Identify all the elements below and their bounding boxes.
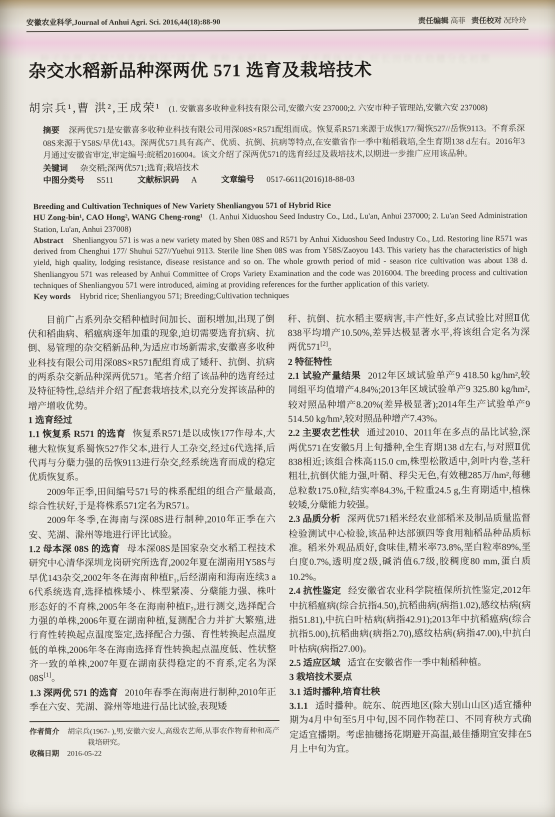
section-1-2: 1.2 母本深 08S 的选育母本深08S是国家杂交水稻工程技术研究中心清华深圳… bbox=[29, 542, 277, 687]
article-body: 目前广占系列杂交稻种植时间加长、面积增加,出现了倒伏和稻曲病、稻瘟病逐年加重的现… bbox=[28, 312, 532, 760]
author-names-en: HU Zong-bin¹, CAO Hong², WANG Cheng-rong… bbox=[33, 213, 202, 223]
document-code: A bbox=[191, 176, 197, 185]
intro-paragraph: 目前广占系列杂交稻种植时间加长、面积增加,出现了倒伏和稻曲病、稻瘟病逐年加重的现… bbox=[28, 313, 275, 414]
article-title: 杂交水稻新品种深两优 571 选育及栽培技术 bbox=[29, 56, 529, 83]
abstract-cn: 摘要 深两优571是安徽喜多收种业科技有限公司用深08S×R571配组而成。恢复… bbox=[43, 123, 525, 163]
right-column: 秆、抗倒、抗水稻主要病害,丰产性好,多点试验比对照Ⅱ优838平均增产10.50%… bbox=[288, 312, 532, 759]
scanned-paper-page: 种子处理,采用"旱育保姆法"浸芽、催种:水稻浸 对于群体过大,旺长田块在幼穗分化… bbox=[0, 0, 555, 817]
section-3-heading: 3 栽培技术要点 bbox=[289, 670, 531, 685]
clc-number: S511 bbox=[97, 176, 114, 185]
section-1-1: 1.1 恢复系 R571 的选育恢复系R571是以成恢177作母本,大穗大粒恢复… bbox=[28, 427, 275, 485]
section-3-1-heading: 3.1 适时播种,培育壮秧 bbox=[289, 684, 531, 699]
section-2-4-heading: 2.4 抗性鉴定 bbox=[289, 587, 341, 597]
proofreader-name: 况玲玲 bbox=[504, 16, 527, 25]
editor-label: 责任编辑 bbox=[418, 16, 448, 25]
byline-en: HU Zong-bin¹, CAO Hong², WANG Cheng-rong… bbox=[33, 210, 527, 235]
section-2-5-text: 适宜在安徽省作一季中籼稻种植。 bbox=[347, 658, 487, 669]
section-2-3: 2.3 品质分析深两优571稻米经农业部稻米及制品质量监督检验测试中心检验,该品… bbox=[289, 512, 531, 585]
section-2-heading: 2 特征特性 bbox=[288, 355, 530, 370]
author-affiliations: (1. 安徽喜多收种业科技有限公司,安徽六安 237000;2. 六安市种子管理… bbox=[169, 103, 488, 113]
abstract-en-body: Abstract Shenliangyou 571 is was a new v… bbox=[33, 233, 527, 292]
editor-name: 高菲 bbox=[450, 16, 465, 25]
section-2-4: 2.4 抗性鉴定经安徽省农业科学院植保所抗性鉴定,2012年中抗稻瘟病(综合抗指… bbox=[289, 584, 531, 657]
section-3-1-1: 3.1.1适时播种。皖东、皖西地区(除大别山山区)适宜播种期为4月中旬至5月中旬… bbox=[289, 699, 531, 757]
abstract-en-text: Shenliangyou 571 is was a new variety ma… bbox=[33, 234, 527, 290]
document-code-label: 文献标识码 bbox=[137, 176, 179, 185]
article-id: 0517-6611(2016)18-88-03 bbox=[266, 175, 354, 184]
section-1-1-p3: 2009年冬季,在海南与深08S进行制种,2010年正季在六安、芜湖、滁州等地进… bbox=[29, 513, 276, 543]
section-1-heading: 1 选育经过 bbox=[28, 413, 275, 428]
section-2-2-heading: 2.2 主要农艺性状 bbox=[288, 429, 359, 439]
classification-line: 中图分类号 S511 文献标识码 A 文章编号 0517-6611(2016)1… bbox=[43, 173, 525, 188]
section-1-2-heading: 1.2 母本深 08S 的选育 bbox=[29, 545, 120, 555]
author-bio-label: 作者简介 bbox=[29, 727, 59, 736]
author-names: 胡宗兵¹,曹 洪²,王成荣¹ bbox=[29, 103, 161, 116]
page-content: 安徽农业科学,Journal of Anhui Agri. Sci. 2016,… bbox=[26, 15, 531, 759]
author-bio-text: 胡宗兵(1967- ),男,安徽六安人,高级农艺师,从事农作物育种和高产栽培研究… bbox=[68, 726, 280, 747]
abstract-cn-text: 深两优571是安徽喜多收种业科技有限公司用深08S×R571配组而成。恢复系R5… bbox=[43, 124, 525, 160]
keywords-cn: 杂交稻;深两优571;选育;栽培技术 bbox=[80, 163, 199, 173]
proofreader-label: 责任校对 bbox=[471, 16, 501, 25]
received-date-value: 2016-05-22 bbox=[67, 749, 102, 758]
section-2-1: 2.1 试验产量结果2012年区域试验单产9 418.50 kg/hm²,较同组… bbox=[288, 369, 530, 427]
article-id-label: 文章编号 bbox=[221, 175, 254, 184]
abstract-en: Breeding and Cultivation Techniques of N… bbox=[33, 199, 527, 303]
author-bio: 作者简介胡宗兵(1967- ),男,安徽六安人,高级农艺师,从事农作物育种和高产… bbox=[29, 725, 279, 748]
byline: 胡宗兵¹,曹 洪²,王成荣¹ (1. 安徽喜多收种业科技有限公司,安徽六安 23… bbox=[29, 98, 529, 116]
section-1-3-heading: 1.3 深两优 571 的选育 bbox=[29, 688, 118, 698]
section-1-1-p2: 2009年正季,田间编号571号的株系配组的组合产量最高,综合性状好,于是将株系… bbox=[28, 485, 275, 515]
abstract-cn-label: 摘要 bbox=[43, 126, 60, 135]
section-2-3-heading: 2.3 品质分析 bbox=[289, 515, 341, 525]
left-column: 目前广占系列杂交稻种植时间加长、面积增加,出现了倒伏和稻曲病、稻瘟病逐年加重的现… bbox=[28, 313, 277, 760]
received-date-label: 收稿日期 bbox=[30, 749, 60, 758]
journal-citation: 安徽农业科学,Journal of Anhui Agri. Sci. 2016,… bbox=[26, 16, 220, 28]
keywords-en-line: Key words Hybrid rice; Shenliangyou 571;… bbox=[34, 289, 528, 302]
section-2-5-heading: 2.5 适应区域 bbox=[289, 659, 340, 669]
section-2-2: 2.2 主要农艺性状通过2010、2011年在多点的品比试验,深两优571在安徽… bbox=[288, 426, 530, 513]
section-1-2-text: 母本深08S是国家杂交水稻工程技术研究中心清华深圳龙岗研究所选育,2002年夏在… bbox=[29, 544, 276, 684]
section-1-3: 1.3 深两优 571 的选育2010年春季在海南进行制种,2010年正季在六安… bbox=[29, 686, 276, 716]
citation-1: [1] bbox=[44, 672, 52, 679]
continued-paragraph: 秆、抗倒、抗水稻主要病害,丰产性好,多点试验比对照Ⅱ优838平均增产10.50%… bbox=[288, 312, 530, 356]
first-page-footnote: 作者简介胡宗兵(1967- ),男,安徽六安人,高级农艺师,从事农作物育种和高产… bbox=[29, 720, 279, 759]
section-1-1-heading: 1.1 恢复系 R571 的选育 bbox=[28, 430, 126, 440]
section-2-1-heading: 2.1 试验产量结果 bbox=[288, 372, 361, 382]
section-2-2-text: 通过2010、2011年在多点的品比试验,深两优571在安徽5月上旬播种,全生育… bbox=[288, 428, 530, 511]
received-date: 收稿日期2016-05-22 bbox=[30, 747, 280, 759]
section-3-1-1-subheading: 适时播种。 bbox=[315, 702, 363, 712]
abstract-en-label: Abstract bbox=[33, 236, 63, 245]
clc-label: 中图分类号 bbox=[43, 176, 85, 185]
section-2-5: 2.5 适应区域适宜在安徽省作一季中籼稻种植。 bbox=[289, 656, 531, 671]
section-1-2-end: 。 bbox=[51, 674, 60, 684]
keywords-en: Hybrid rice; Shenliangyou 571; Breeding;… bbox=[80, 291, 289, 301]
editor-credits: 责任编辑 高菲 责任校对 况玲玲 bbox=[418, 15, 526, 26]
section-3-1-1-number: 3.1.1 bbox=[289, 702, 308, 712]
keywords-cn-label: 关键词 bbox=[43, 164, 68, 173]
keywords-en-label: Key words bbox=[34, 292, 71, 301]
continued-end: 。 bbox=[328, 343, 337, 353]
